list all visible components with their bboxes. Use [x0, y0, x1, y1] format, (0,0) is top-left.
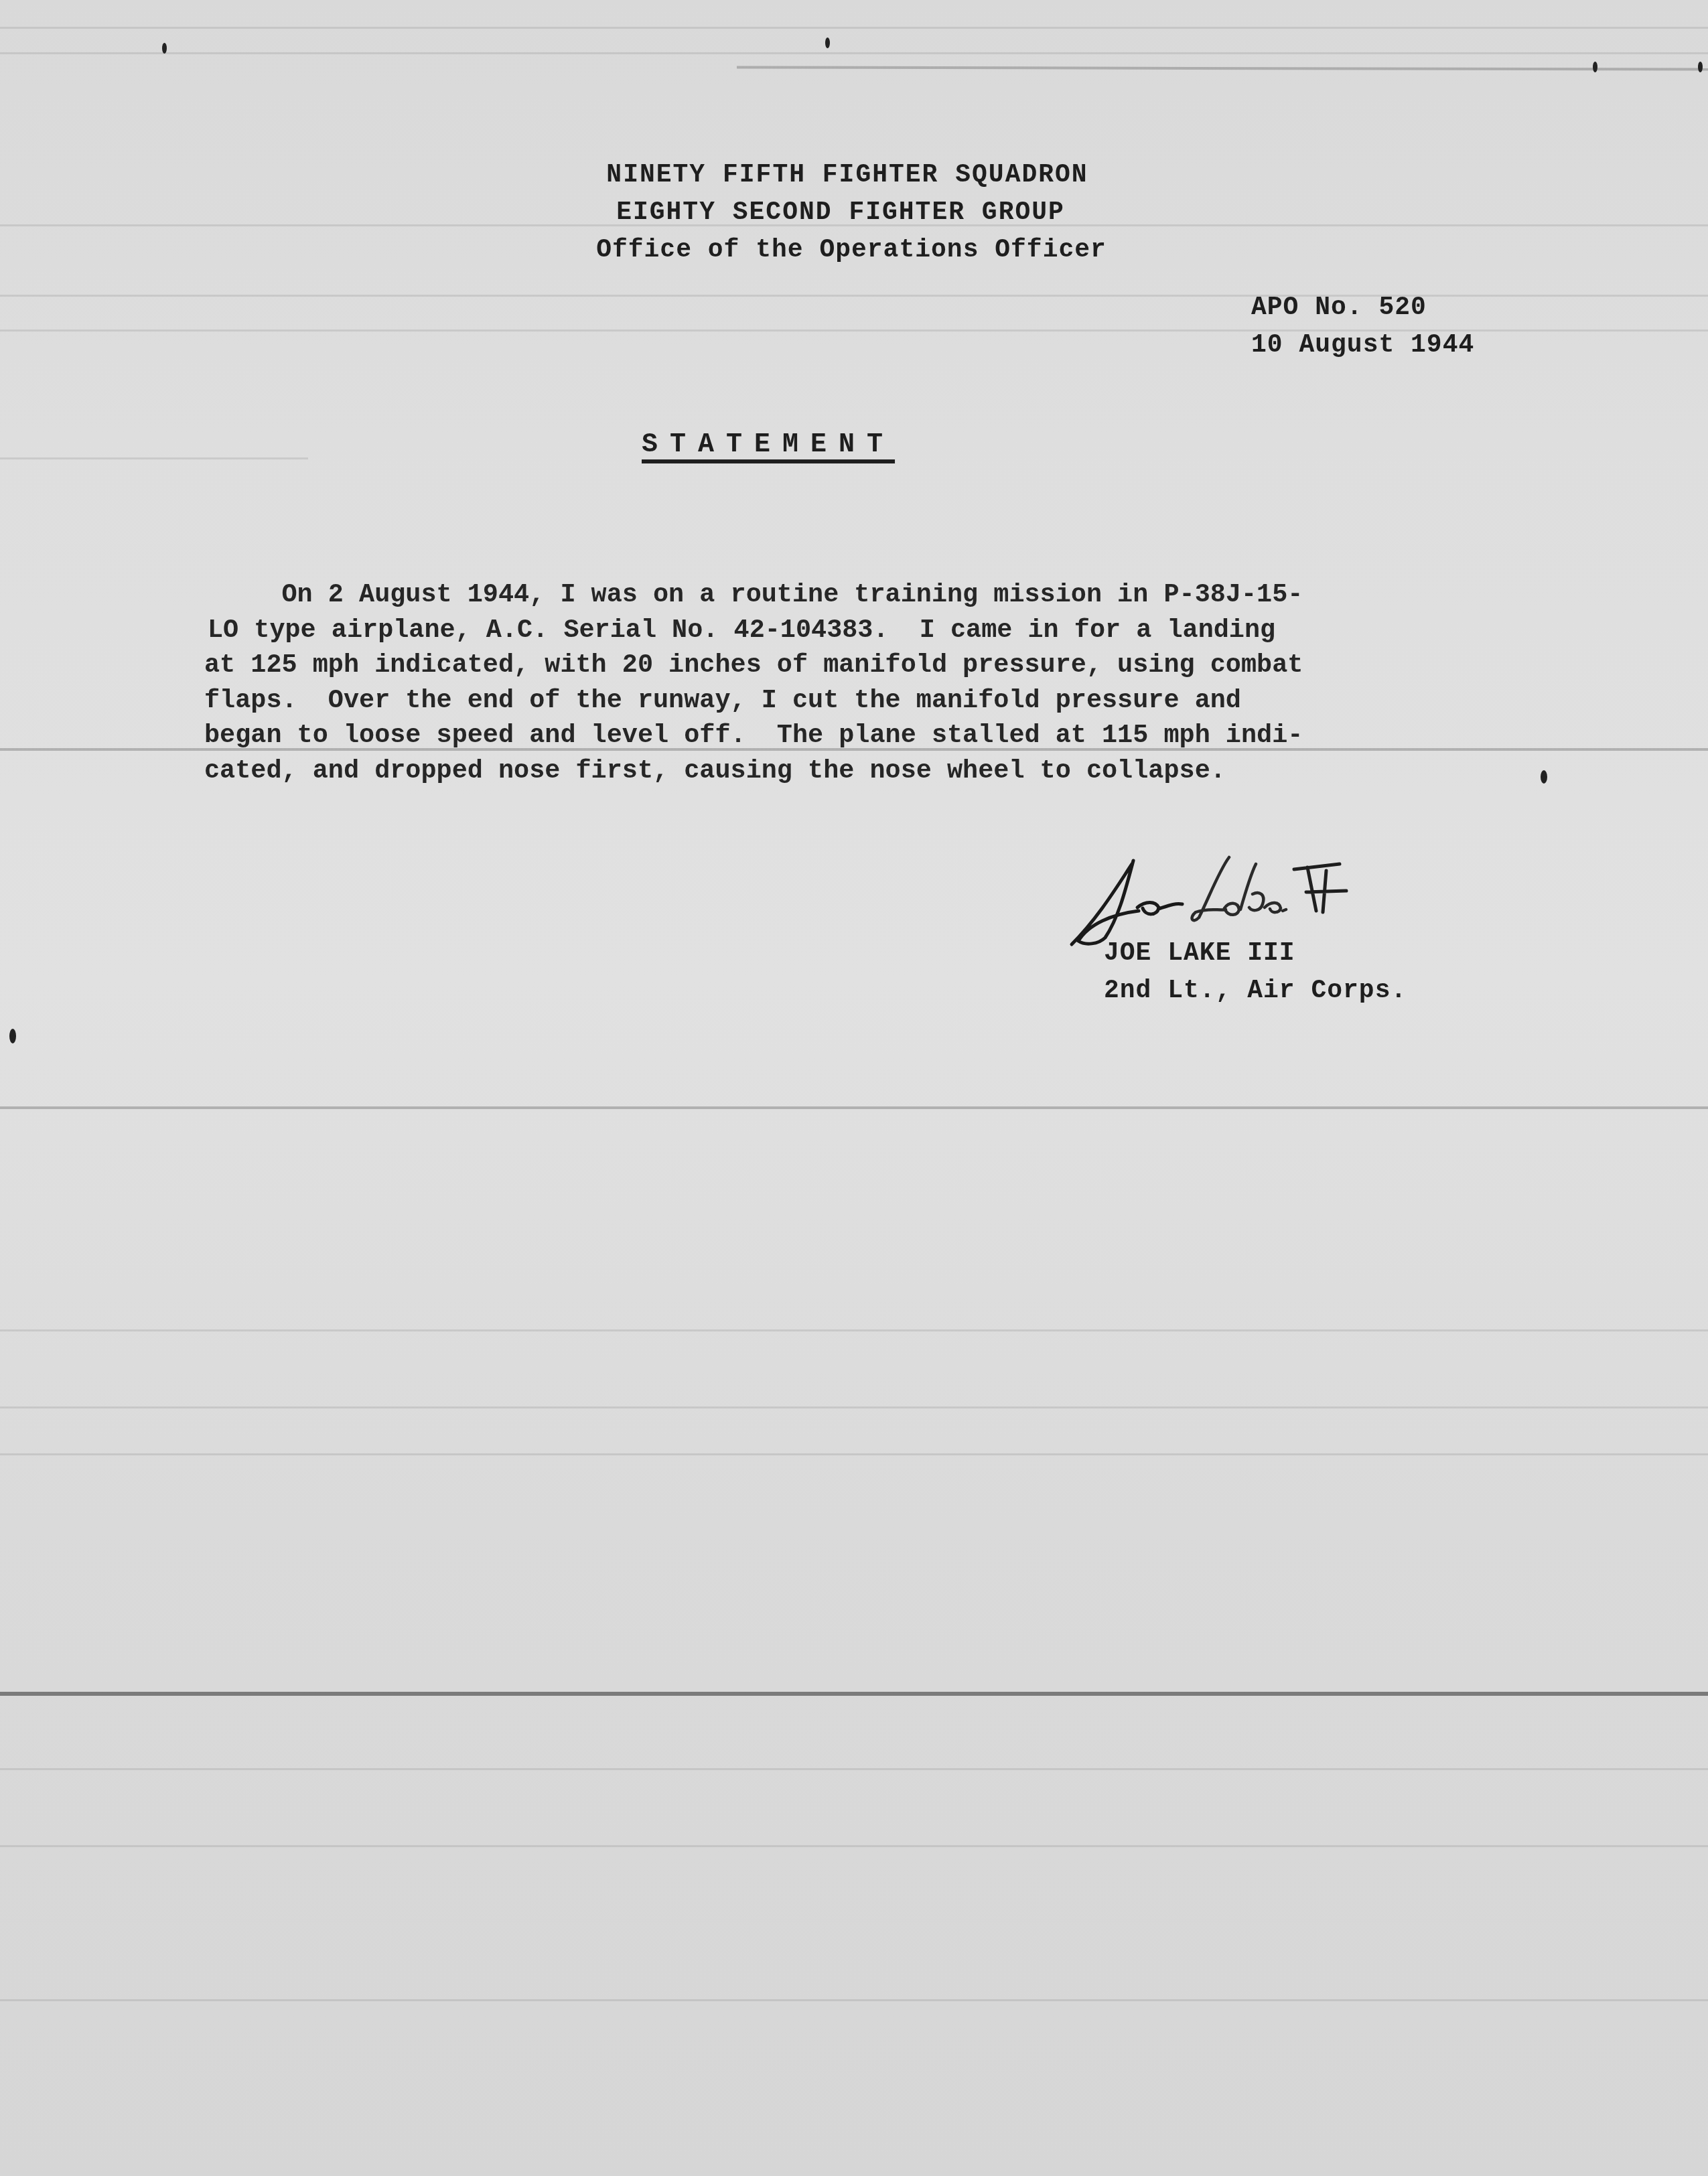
scan-artifact-line	[0, 1406, 1708, 1408]
scan-artifact-line	[0, 1999, 1708, 2001]
signatory-rank: 2nd Lt., Air Corps.	[1104, 976, 1407, 1005]
document-title: STATEMENT	[642, 430, 895, 460]
dust-speck	[1541, 770, 1547, 784]
dust-speck	[825, 38, 830, 48]
scan-artifact-line	[0, 1106, 1708, 1109]
dust-speck	[9, 1029, 16, 1043]
body-line: began to loose speed and level off. The …	[204, 718, 1497, 753]
body-line: at 125 mph indicated, with 20 inches of …	[204, 648, 1497, 683]
signatory-name: JOE LAKE III	[1104, 939, 1295, 968]
scan-artifact-line	[0, 295, 1708, 297]
scan-artifact-line	[737, 66, 1708, 70]
apo-number: APO No. 520	[1251, 293, 1427, 322]
body-line: LO type airplane, A.C. Serial No. 42-104…	[208, 613, 1497, 648]
scanned-document-page: NINETY FIFTH FIGHTER SQUADRON EIGHTY SEC…	[0, 0, 1708, 2176]
document-date: 10 August 1944	[1251, 331, 1474, 360]
body-line: cated, and dropped nose first, causing t…	[204, 753, 1497, 789]
dust-speck	[1593, 62, 1597, 72]
dust-speck	[1698, 62, 1703, 72]
scan-artifact-line	[0, 1692, 1708, 1696]
scan-artifact-line	[0, 52, 1708, 54]
scan-artifact-line	[0, 27, 1708, 29]
letterhead-office: Office of the Operations Officer	[0, 236, 1705, 265]
letterhead-squadron: NINETY FIFTH FIGHTER SQUADRON	[0, 161, 1701, 190]
dust-speck	[162, 43, 167, 54]
body-line: On 2 August 1944, I was on a routine tra…	[204, 577, 1497, 613]
statement-body: On 2 August 1944, I was on a routine tra…	[204, 577, 1497, 788]
scan-artifact-line	[0, 1768, 1708, 1770]
scan-artifact-line	[0, 1329, 1708, 1331]
scan-artifact-line	[0, 1453, 1708, 1455]
scan-artifact-line	[0, 457, 308, 459]
body-line: flaps. Over the end of the runway, I cut…	[204, 683, 1497, 719]
letterhead-group: EIGHTY SECOND FIGHTER GROUP	[0, 198, 1695, 227]
scan-artifact-line	[0, 1845, 1708, 1847]
